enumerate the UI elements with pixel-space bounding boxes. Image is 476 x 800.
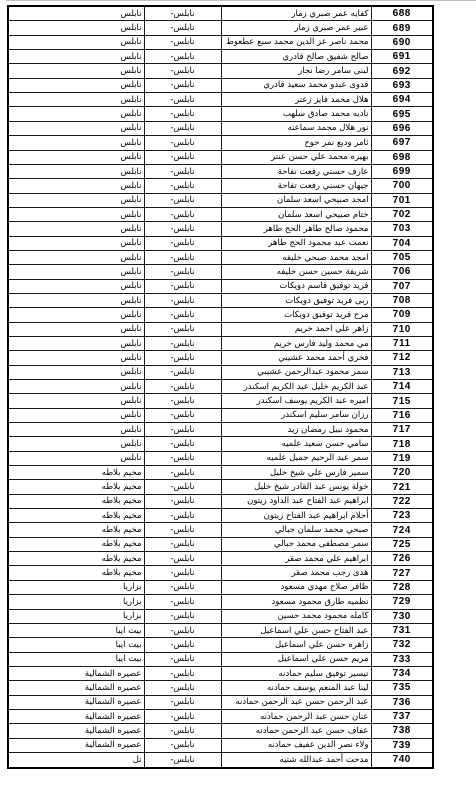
scan-edge-line	[6, 0, 476, 1]
person-name-cell: مرح فريد توفيق دويكات	[221, 308, 371, 322]
person-name-cell: عبد الفتاح حسن علي اسماعيل	[221, 623, 371, 637]
table-row: 688 كفايه عمر صبري زمار نابلس- نابلس	[8, 6, 433, 21]
table-row: 723 أحلام ابراهيم عبد الفتاح زيتون نابلس…	[8, 509, 433, 523]
city-cell: نابلس-	[144, 250, 221, 264]
row-number-cell: 738	[371, 724, 433, 738]
person-name-cell: رزان سامر سليم اسكندر	[221, 408, 371, 422]
table-row: 729 نظميه طارق محمود مسعود نابلس- بزاريا	[8, 595, 433, 609]
person-name-cell: سمر عبد الرحيم جميل علميه	[221, 451, 371, 465]
locality-cell: مخيم بلاطه	[8, 523, 144, 537]
city-cell: نابلس-	[144, 236, 221, 250]
table-row: 722 ابراهيم عبد الفتاح عبد الداود زيتون …	[8, 494, 433, 508]
city-cell: نابلس-	[144, 537, 221, 551]
table-row: 734 تيسير توفيق سليم حمادنه نابلس- عصيره…	[8, 666, 433, 680]
person-name-cell: لبنى سامر رضا نجار	[221, 64, 371, 78]
locality-cell: نابلس	[8, 322, 144, 336]
table-row: 699 عارف حسني رفعت تفاحة نابلس- نابلس	[8, 164, 433, 178]
locality-cell: نابلس	[8, 336, 144, 350]
row-number-cell: 707	[371, 279, 433, 293]
person-name-cell: سمير فارس علي شيخ خليل	[221, 466, 371, 480]
person-name-cell: عبد الكريم خليل عبد الكريم اسكندر	[221, 380, 371, 394]
row-number-cell: 702	[371, 207, 433, 221]
table-row: 706 شريفة حسين حسن خليفه نابلس- نابلس	[8, 265, 433, 279]
row-number-cell: 732	[371, 638, 433, 652]
person-name-cell: شريفة حسين حسن خليفه	[221, 265, 371, 279]
row-number-cell: 695	[371, 107, 433, 121]
city-cell: نابلس-	[144, 752, 221, 768]
person-name-cell: لينا عبد المنعم يوسف حمادنه	[221, 681, 371, 695]
locality-cell: مخيم بلاطه	[8, 509, 144, 523]
row-number-cell: 712	[371, 351, 433, 365]
city-cell: نابلس-	[144, 265, 221, 279]
table-row: 737 عنان حسن عبد الرحمن حمادنه نابلس- عص…	[8, 709, 433, 723]
person-name-cell: فريد توفيق قاسم دويكات	[221, 279, 371, 293]
locality-cell: بزاريا	[8, 609, 144, 623]
city-cell: نابلس-	[144, 50, 221, 64]
locality-cell: عصيره الشمالية	[8, 724, 144, 738]
row-number-cell: 719	[371, 451, 433, 465]
city-cell: نابلس-	[144, 136, 221, 150]
table-row: 738 عفاف حسن عبد الرحمن حمادنه نابلس- عص…	[8, 724, 433, 738]
locality-cell: نابلس	[8, 451, 144, 465]
city-cell: نابلس-	[144, 179, 221, 193]
table-row: 694 هلال محمد فايز زعتر نابلس- نابلس	[8, 93, 433, 107]
row-number-cell: 706	[371, 265, 433, 279]
locality-cell: عصيره الشمالية	[8, 738, 144, 752]
row-number-cell: 700	[371, 179, 433, 193]
locality-cell: مخيم بلاطه	[8, 480, 144, 494]
city-cell: نابلس-	[144, 552, 221, 566]
person-name-cell: اميره عبد الكريم يوسف اسكندر	[221, 394, 371, 408]
city-cell: نابلس-	[144, 64, 221, 78]
city-cell: نابلس-	[144, 623, 221, 637]
person-name-cell: مي محمد وليد فارس خريم	[221, 336, 371, 350]
table-row: 717 محمود نبيل رمضان زيد نابلس- نابلس	[8, 423, 433, 437]
table-row: 703 محمود صالح طاهر الحج طاهر نابلس- ناب…	[8, 222, 433, 236]
table-row: 702 ختام صبيحي اسعد سلمان نابلس- نابلس	[8, 207, 433, 221]
person-name-cell: سمر محمود عبدالرحمن عشيبي	[221, 365, 371, 379]
row-number-cell: 727	[371, 566, 433, 580]
person-name-cell: امجد محمد صبحي خليفه	[221, 250, 371, 264]
table-row: 725 سمر مصطفى محمد جبالي نابلس- مخيم بلا…	[8, 537, 433, 551]
row-number-cell: 709	[371, 308, 433, 322]
row-number-cell: 716	[371, 408, 433, 422]
table-row: 714 عبد الكريم خليل عبد الكريم اسكندر نا…	[8, 380, 433, 394]
table-row: 732 زاهره حسن علي اسماعيل نابلس- بيت ايب…	[8, 638, 433, 652]
city-cell: نابلس-	[144, 121, 221, 135]
city-cell: نابلس-	[144, 523, 221, 537]
city-cell: نابلس-	[144, 394, 221, 408]
row-number-cell: 715	[371, 394, 433, 408]
row-number-cell: 711	[371, 336, 433, 350]
person-name-cell: عنان حسن عبد الرحمن حمادنه	[221, 709, 371, 723]
row-number-cell: 704	[371, 236, 433, 250]
table-row: 690 محمد ناصر عز الدين محمد سبع عطعوط نا…	[8, 35, 433, 49]
table-row: 711 مي محمد وليد فارس خريم نابلس- نابلس	[8, 336, 433, 350]
locality-cell: عصيره الشمالية	[8, 681, 144, 695]
locality-cell: نابلس	[8, 408, 144, 422]
row-number-cell: 723	[371, 509, 433, 523]
locality-cell: نابلس	[8, 35, 144, 49]
table-row: 735 لينا عبد المنعم يوسف حمادنه نابلس- ع…	[8, 681, 433, 695]
person-name-cell: محمود صالح طاهر الحج طاهر	[221, 222, 371, 236]
person-name-cell: صالح شفيق صالح قادري	[221, 50, 371, 64]
table-row: 701 امجد صبيحي اسعد سلمان نابلس- نابلس	[8, 193, 433, 207]
locality-cell: نابلس	[8, 236, 144, 250]
city-cell: نابلس-	[144, 107, 221, 121]
locality-cell: نابلس	[8, 365, 144, 379]
city-cell: نابلس-	[144, 150, 221, 164]
table-row: 691 صالح شفيق صالح قادري نابلس- نابلس	[8, 50, 433, 64]
locality-cell: عصيره الشمالية	[8, 666, 144, 680]
row-number-cell: 726	[371, 552, 433, 566]
row-number-cell: 724	[371, 523, 433, 537]
city-cell: نابلس-	[144, 365, 221, 379]
person-name-cell: امجد صبيحي اسعد سلمان	[221, 193, 371, 207]
row-number-cell: 717	[371, 423, 433, 437]
city-cell: نابلس-	[144, 580, 221, 594]
locality-cell: نابلس	[8, 78, 144, 92]
person-name-cell: عبير عمر صبري زمار	[221, 21, 371, 35]
row-number-cell: 721	[371, 480, 433, 494]
city-cell: نابلس-	[144, 21, 221, 35]
row-number-cell: 698	[371, 150, 433, 164]
person-name-cell: مدحت أحمد عبدالله شتيه	[221, 752, 371, 768]
locality-cell: نابلس	[8, 351, 144, 365]
city-cell: نابلس-	[144, 222, 221, 236]
person-name-cell: محمود نبيل رمضان زيد	[221, 423, 371, 437]
person-name-cell: كفايه عمر صبري زمار	[221, 6, 371, 21]
row-number-cell: 701	[371, 193, 433, 207]
row-number-cell: 708	[371, 293, 433, 307]
row-number-cell: 688	[371, 6, 433, 21]
locality-cell: بيت ايبا	[8, 623, 144, 637]
person-name-cell: صبحي محمد سلمان جبالي	[221, 523, 371, 537]
person-name-cell: جيهان حسني رفعت تفاحة	[221, 179, 371, 193]
person-name-cell: أحلام ابراهيم عبد الفتاح زيتون	[221, 509, 371, 523]
city-cell: نابلس-	[144, 609, 221, 623]
table-row: 692 لبنى سامر رضا نجار نابلس- نابلس	[8, 64, 433, 78]
city-cell: نابلس-	[144, 437, 221, 451]
person-name-cell: ثامر وديع نمر حوح	[221, 136, 371, 150]
city-cell: نابلس-	[144, 709, 221, 723]
locality-cell: نابلس	[8, 437, 144, 451]
row-number-cell: 731	[371, 623, 433, 637]
locality-cell: نابلس	[8, 107, 144, 121]
person-name-cell: زاهره حسن علي اسماعيل	[221, 638, 371, 652]
table-row: 709 مرح فريد توفيق دويكات نابلس- نابلس	[8, 308, 433, 322]
table-row: 700 جيهان حسني رفعت تفاحة نابلس- نابلس	[8, 179, 433, 193]
locality-cell: نابلس	[8, 193, 144, 207]
city-cell: نابلس-	[144, 666, 221, 680]
row-number-cell: 713	[371, 365, 433, 379]
row-number-cell: 693	[371, 78, 433, 92]
locality-cell: نابلس	[8, 207, 144, 221]
table-row: 707 فريد توفيق قاسم دويكات نابلس- نابلس	[8, 279, 433, 293]
locality-cell: نابلس	[8, 64, 144, 78]
row-number-cell: 734	[371, 666, 433, 680]
city-cell: نابلس-	[144, 207, 221, 221]
person-name-cell: بهيره محمد علي حسن عنتر	[221, 150, 371, 164]
table-row: 705 امجد محمد صبحي خليفه نابلس- نابلس	[8, 250, 433, 264]
locality-cell: نابلس	[8, 179, 144, 193]
city-cell: نابلس-	[144, 566, 221, 580]
table-row: 713 سمر محمود عبدالرحمن عشيبي نابلس- ناب…	[8, 365, 433, 379]
person-name-cell: عبد الرحمن حسن عبد الرحمن حمادنه	[221, 695, 371, 709]
locality-cell: بيت ايبا	[8, 652, 144, 666]
table-row: 721 خولة يونس عبد القادر شيخ خليل نابلس-…	[8, 480, 433, 494]
row-number-cell: 735	[371, 681, 433, 695]
locality-cell: نابلس	[8, 423, 144, 437]
person-name-cell: ابراهيم علي محمد صقر	[221, 552, 371, 566]
locality-cell: نابلس	[8, 136, 144, 150]
person-name-cell: زاهر علي احمد خريم	[221, 322, 371, 336]
person-name-cell: فخري أحمد محمد عشيبي	[221, 351, 371, 365]
row-number-cell: 739	[371, 738, 433, 752]
table-row: 712 فخري أحمد محمد عشيبي نابلس- نابلس	[8, 351, 433, 365]
city-cell: نابلس-	[144, 423, 221, 437]
person-name-cell: ولاء نصر الدين عفيف حمادنه	[221, 738, 371, 752]
row-number-cell: 692	[371, 64, 433, 78]
city-cell: نابلس-	[144, 480, 221, 494]
city-cell: نابلس-	[144, 308, 221, 322]
row-number-cell: 740	[371, 752, 433, 768]
table-row: 704 نعمت عبد محمود الحج طاهر نابلس- نابل…	[8, 236, 433, 250]
city-cell: نابلس-	[144, 380, 221, 394]
person-name-cell: فدوى عبدو محمد سعيد قادري	[221, 78, 371, 92]
locality-cell: نابلس	[8, 293, 144, 307]
row-number-cell: 729	[371, 595, 433, 609]
city-cell: نابلس-	[144, 193, 221, 207]
locality-cell: مخيم بلاطه	[8, 566, 144, 580]
person-name-cell: مريم حسن علي اسماعيل	[221, 652, 371, 666]
person-name-cell: عفاف حسن عبد الرحمن حمادنه	[221, 724, 371, 738]
locality-cell: نابلس	[8, 50, 144, 64]
person-name-cell: سمر مصطفى محمد جبالي	[221, 537, 371, 551]
locality-cell: نابلس	[8, 250, 144, 264]
table-row: 727 هدى رجب محمد صقر نابلس- مخيم بلاطه	[8, 566, 433, 580]
table-row: 698 بهيره محمد علي حسن عنتر نابلس- نابلس	[8, 150, 433, 164]
locality-cell: نابلس	[8, 121, 144, 135]
person-name-cell: تيسير توفيق سليم حمادنه	[221, 666, 371, 680]
table-row: 733 مريم حسن علي اسماعيل نابلس- بيت ايبا	[8, 652, 433, 666]
row-number-cell: 714	[371, 380, 433, 394]
locality-cell: نابلس	[8, 222, 144, 236]
locality-cell: نابلس	[8, 150, 144, 164]
table-row: 708 ربى فريد توفيق دويكات نابلس- نابلس	[8, 293, 433, 307]
locality-cell: بزاريا	[8, 580, 144, 594]
table-row: 724 صبحي محمد سلمان جبالي نابلس- مخيم بل…	[8, 523, 433, 537]
person-name-cell: ظافر صلاح مهدي مسعود	[221, 580, 371, 594]
row-number-cell: 730	[371, 609, 433, 623]
city-cell: نابلس-	[144, 595, 221, 609]
table-row: 689 عبير عمر صبري زمار نابلس- نابلس	[8, 21, 433, 35]
city-cell: نابلس-	[144, 652, 221, 666]
table-row: 696 نور هلال محمد سماعنه نابلس- نابلس	[8, 121, 433, 135]
person-name-cell: محمد ناصر عز الدين محمد سبع عطعوط	[221, 35, 371, 49]
person-name-cell: سامي حسن سعيد علميه	[221, 437, 371, 451]
row-number-cell: 737	[371, 709, 433, 723]
city-cell: نابلس-	[144, 6, 221, 21]
locality-cell: نابلس	[8, 164, 144, 178]
table-row: 739 ولاء نصر الدين عفيف حمادنه نابلس- عص…	[8, 738, 433, 752]
person-name-cell: نور هلال محمد سماعنه	[221, 121, 371, 135]
table-row: 697 ثامر وديع نمر حوح نابلس- نابلس	[8, 136, 433, 150]
person-name-cell: عارف حسني رفعت تفاحة	[221, 164, 371, 178]
person-name-cell: كامله محمود محمد حسين	[221, 609, 371, 623]
row-number-cell: 705	[371, 250, 433, 264]
locality-cell: مخيم بلاطه	[8, 466, 144, 480]
row-number-cell: 694	[371, 93, 433, 107]
table-row: 726 ابراهيم علي محمد صقر نابلس- مخيم بلا…	[8, 552, 433, 566]
row-number-cell: 690	[371, 35, 433, 49]
person-name-cell: ختام صبيحي اسعد سلمان	[221, 207, 371, 221]
table-row: 715 اميره عبد الكريم يوسف اسكندر نابلس- …	[8, 394, 433, 408]
table-row: 693 فدوى عبدو محمد سعيد قادري نابلس- ناب…	[8, 78, 433, 92]
locality-cell: مخيم بلاطه	[8, 537, 144, 551]
locality-cell: نابلس	[8, 265, 144, 279]
person-name-cell: ربى فريد توفيق دويكات	[221, 293, 371, 307]
table-row: 710 زاهر علي احمد خريم نابلس- نابلس	[8, 322, 433, 336]
row-number-cell: 689	[371, 21, 433, 35]
city-cell: نابلس-	[144, 78, 221, 92]
table-row: 718 سامي حسن سعيد علميه نابلس- نابلس	[8, 437, 433, 451]
row-number-cell: 718	[371, 437, 433, 451]
city-cell: نابلس-	[144, 35, 221, 49]
city-cell: نابلس-	[144, 509, 221, 523]
city-cell: نابلس-	[144, 638, 221, 652]
locality-cell: نابلس	[8, 394, 144, 408]
row-number-cell: 720	[371, 466, 433, 480]
locality-cell: نابلس	[8, 308, 144, 322]
city-cell: نابلس-	[144, 738, 221, 752]
table-row: 720 سمير فارس علي شيخ خليل نابلس- مخيم ب…	[8, 466, 433, 480]
table-row: 731 عبد الفتاح حسن علي اسماعيل نابلس- بي…	[8, 623, 433, 637]
city-cell: نابلس-	[144, 494, 221, 508]
row-number-cell: 733	[371, 652, 433, 666]
table-row: 716 رزان سامر سليم اسكندر نابلس- نابلس	[8, 408, 433, 422]
city-cell: نابلس-	[144, 408, 221, 422]
table-row: 730 كامله محمود محمد حسين نابلس- بزاريا	[8, 609, 433, 623]
row-number-cell: 691	[371, 50, 433, 64]
locality-cell: مخيم بلاطه	[8, 552, 144, 566]
person-name-cell: هلال محمد فايز زعتر	[221, 93, 371, 107]
city-cell: نابلس-	[144, 724, 221, 738]
city-cell: نابلس-	[144, 279, 221, 293]
city-cell: نابلس-	[144, 93, 221, 107]
row-number-cell: 696	[371, 121, 433, 135]
locality-cell: تل	[8, 752, 144, 768]
locality-cell: نابلس	[8, 380, 144, 394]
city-cell: نابلس-	[144, 466, 221, 480]
locality-cell: نابلس	[8, 6, 144, 21]
row-number-cell: 699	[371, 164, 433, 178]
locality-cell: بيت ايبا	[8, 638, 144, 652]
row-number-cell: 710	[371, 322, 433, 336]
city-cell: نابلس-	[144, 681, 221, 695]
row-number-cell: 722	[371, 494, 433, 508]
locality-cell: بزاريا	[8, 595, 144, 609]
roster-body: 688 كفايه عمر صبري زمار نابلس- نابلس 689…	[8, 6, 433, 768]
city-cell: نابلس-	[144, 451, 221, 465]
table-row: 728 ظافر صلاح مهدي مسعود نابلس- بزاريا	[8, 580, 433, 594]
locality-cell: نابلس	[8, 21, 144, 35]
table-row: 736 عبد الرحمن حسن عبد الرحمن حمادنه ناب…	[8, 695, 433, 709]
person-name-cell: هدى رجب محمد صقر	[221, 566, 371, 580]
locality-cell: نابلس	[8, 93, 144, 107]
city-cell: نابلس-	[144, 293, 221, 307]
table-row: 695 ناديه محمد صادق سلهب نابلس- نابلس	[8, 107, 433, 121]
person-name-cell: ناديه محمد صادق سلهب	[221, 107, 371, 121]
row-number-cell: 736	[371, 695, 433, 709]
person-name-cell: ابراهيم عبد الفتاح عبد الداود زيتون	[221, 494, 371, 508]
names-roster-table: 688 كفايه عمر صبري زمار نابلس- نابلس 689…	[7, 5, 434, 769]
city-cell: نابلس-	[144, 695, 221, 709]
person-name-cell: نظميه طارق محمود مسعود	[221, 595, 371, 609]
row-number-cell: 728	[371, 580, 433, 594]
row-number-cell: 703	[371, 222, 433, 236]
row-number-cell: 725	[371, 537, 433, 551]
locality-cell: عصيره الشمالية	[8, 695, 144, 709]
city-cell: نابلس-	[144, 322, 221, 336]
city-cell: نابلس-	[144, 351, 221, 365]
table-row: 740 مدحت أحمد عبدالله شتيه نابلس- تل	[8, 752, 433, 768]
person-name-cell: نعمت عبد محمود الحج طاهر	[221, 236, 371, 250]
locality-cell: عصيره الشمالية	[8, 709, 144, 723]
locality-cell: مخيم بلاطه	[8, 494, 144, 508]
locality-cell: نابلس	[8, 279, 144, 293]
city-cell: نابلس-	[144, 164, 221, 178]
city-cell: نابلس-	[144, 336, 221, 350]
row-number-cell: 697	[371, 136, 433, 150]
person-name-cell: خولة يونس عبد القادر شيخ خليل	[221, 480, 371, 494]
table-row: 719 سمر عبد الرحيم جميل علميه نابلس- ناب…	[8, 451, 433, 465]
